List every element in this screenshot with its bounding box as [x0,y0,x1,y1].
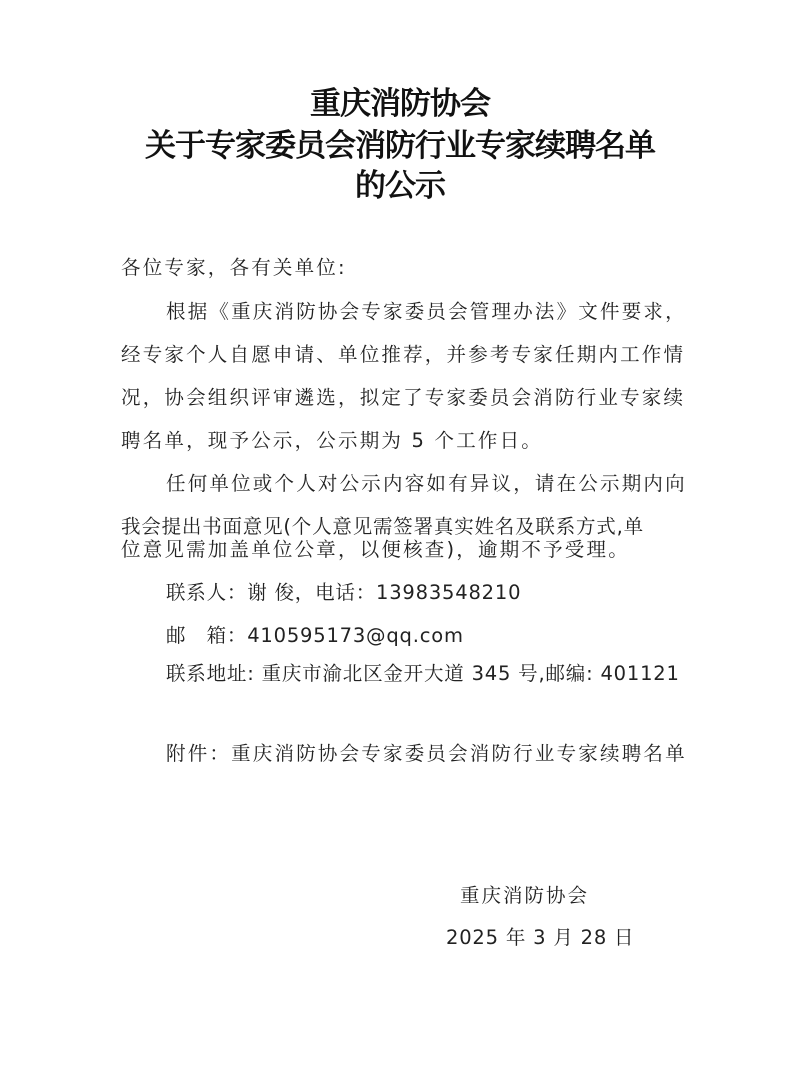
paragraph2-line: 任何单位或个人对公示内容如有异议，请在公示期内向 [166,470,687,498]
paragraph1-line: 根据《重庆消防协会专家委员会管理办法》文件要求， [166,298,687,326]
paragraph1-line: 聘名单，现予公示，公示期为 5 个工作日。 [121,427,543,455]
paragraph2-line: 位意见需加盖单位公章，以便核查)，逾期不予受理。 [121,536,630,564]
contact-email: 邮 箱：410595173@qq.com [166,622,464,650]
salutation: 各位专家，各有关单位: [121,254,347,282]
signature-date: 2025 年 3 月 28 日 [446,924,634,952]
signature-organization: 重庆消防协会 [460,882,589,910]
title-organization: 重庆消防协会 [0,84,800,124]
contact-address: 联系地址: 重庆市渝北区金开大道 345 号,邮编: 401121 [166,660,680,688]
contact-person: 联系人：谢 俊，电话：13983548210 [166,579,521,607]
attachment-note: 附件：重庆消防协会专家委员会消防行业专家续聘名单 [166,740,687,768]
paragraph1-line: 经专家个人自愿申请、单位推荐，并参考专家任期内工作情 [121,341,685,369]
paragraph1-line: 况，协会组织评审遴选，拟定了专家委员会消防行业专家续 [121,384,685,412]
title-subject: 关于专家委员会消防行业专家续聘名单 [0,126,800,166]
title-suffix: 的公示 [0,166,800,206]
